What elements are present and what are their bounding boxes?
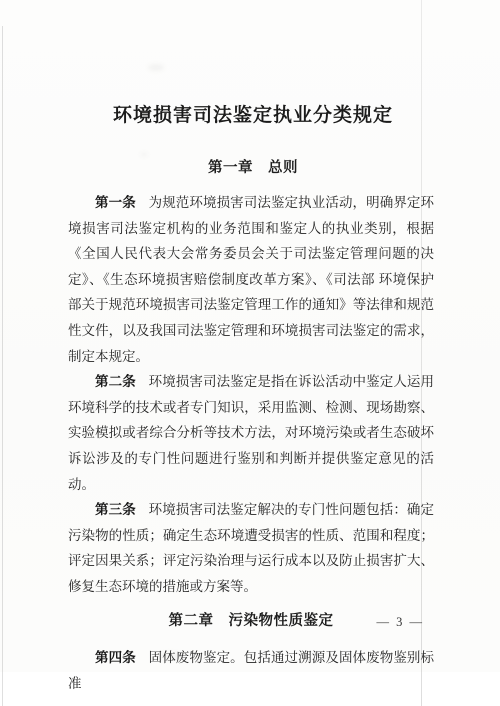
page-number: — 3 — [68,615,424,630]
scan-smudge [148,64,164,71]
chapter-1-heading: 第一章 总则 [68,156,438,177]
article-3-label: 第三条 [95,502,136,517]
article-3-paragraph: 第三条环境损害司法鉴定解决的专门性问题包括：确定污染物的性质；确定生态环境遭受损… [68,497,434,599]
article-4-paragraph: 第四条固体废物鉴定。包括通过溯源及固体废物鉴别标准 [68,645,434,696]
article-2-paragraph: 第二条环境损害司法鉴定是指在诉讼活动中鉴定人运用环境科学的技术或者专门知识，采用… [68,369,434,497]
article-2-label: 第二条 [95,374,136,389]
scan-edge-line-left [2,26,3,706]
article-2-text: 环境损害司法鉴定是指在诉讼活动中鉴定人运用环境科学的技术或者专门知识，采用监测、… [68,374,434,491]
document-title: 环境损害司法鉴定执业分类规定 [68,100,438,127]
article-4-label: 第四条 [95,650,136,665]
article-1-label: 第一条 [95,195,136,210]
article-1-paragraph: 第一条为规范环境损害司法鉴定执业活动，明确界定环境损害司法鉴定机构的业务范围和鉴… [68,190,434,369]
article-1-text: 为规范环境损害司法鉴定执业活动，明确界定环境损害司法鉴定机构的业务范围和鉴定人的… [68,195,434,364]
